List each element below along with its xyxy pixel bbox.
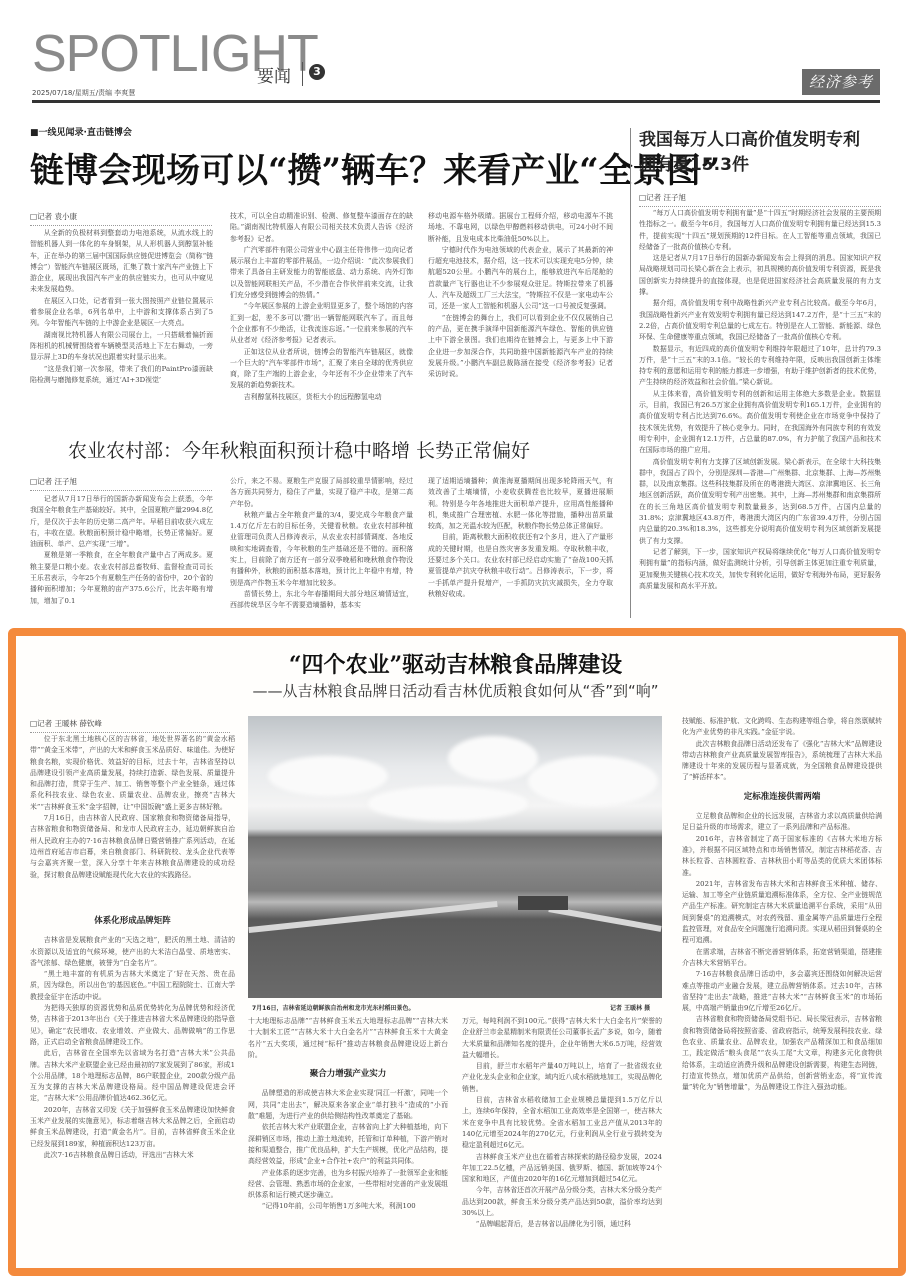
paragraph: 为把得天独厚的资源优势和品质优势转化为品牌优势和经济优势，吉林省于2013年出台… bbox=[30, 1003, 235, 1048]
paragraph: 今年，吉林省还首次开展产品分级分类，吉林大米分级分类产品达到200款，鲜食玉米分… bbox=[462, 1185, 662, 1219]
paragraph: “品牌崛起背后，是吉林省以品牌化为引领，通过科 bbox=[462, 1219, 662, 1230]
paragraph: 吉利醇氢科技展区，货柜大小的远程醇氢电动 bbox=[230, 392, 413, 403]
paragraph: 从全新的负极材料到整套动力电池系统，从流水线上的智能机器人到一体化的车身钢架，从… bbox=[30, 228, 213, 296]
article2-column-2: 公斤，来之不易。夏粮生产克服了局部较重旱情影响，经过各方面共同努力，稳住了产量，… bbox=[230, 476, 413, 620]
paragraph: 2020年，吉林省又印发《关于加强鲜食玉米品牌建设加快鲜食玉米产业发展的实施意见… bbox=[30, 1105, 235, 1150]
feature-title: “四个农业”驱动吉林粮食品牌建设 bbox=[0, 648, 911, 679]
paragraph: 这是记者从7月17日举行的国新办新闻发布会上得到的消息。国家知识产权局战略规划司… bbox=[639, 253, 881, 298]
section-label: 要闻 bbox=[257, 62, 291, 87]
paragraph: 秋粮产量占全年粮食产量的3/4，要完成今年粮食产量1.4万亿斤左右的目标任务，关… bbox=[230, 510, 413, 589]
paragraph: 记者了解到，下一步，国家知识产权局将继续优化“每万人口高价值发明专利拥有量”的指… bbox=[639, 547, 881, 592]
paragraph: 依托吉林大米产业联盟企业，吉林省向上扩大种植基地，向下深耕销区市场，推动上游土地… bbox=[248, 1122, 448, 1167]
article2-column-3: 现了适期适墒播种；黄淮海夏播期间出现多轮降雨天气，有效改善了土壤墒情，小麦收获腾… bbox=[428, 476, 613, 620]
subhead: 聚合力增强产业实力 bbox=[248, 1069, 448, 1080]
article1-column-3: 移动电源车格外吸睛。据展台工程师介绍，移动电源车不挑场地、不靠电网，以绿色甲醇燃… bbox=[428, 211, 613, 418]
feature-subtitle: ——从吉林粮食品牌日活动看吉林优质粮食如何从“香”到“响” bbox=[0, 680, 911, 701]
paragraph: 位于东北黑土地核心区的吉林省，地处世界著名的“黄金水稻带”“黄金玉米带”，产出的… bbox=[30, 734, 235, 813]
title-line: 拥有量15.3件 bbox=[639, 153, 860, 178]
paragraph: 技术，可以全自动精准识别、检测、修复整车漆面存在的缺陷。”湖南视比特机器人有限公… bbox=[230, 211, 413, 245]
paragraph: “这是我们第一次参展，带来了我们的PaintPro漆面缺陷检测与磨抛修复系统，通… bbox=[30, 364, 213, 387]
paragraph: 公斤，来之不易。夏粮生产克服了局部较重旱情影响，经过各方面共同努力，稳住了产量，… bbox=[230, 476, 413, 510]
feature-column-2: 十大地理标志品牌”“吉林鲜食玉米五大地理标志品牌”“吉林大米十大制米工匠”“吉林… bbox=[248, 1016, 448, 1266]
article1-column-1: 从全新的负极材料到整套动力电池系统，从流水线上的智能机器人到一体化的车身钢架，从… bbox=[30, 228, 213, 418]
paragraph: 十大地理标志品牌”“吉林鲜食玉米五大地理标志品牌”“吉林大米十大制米工匠”“吉林… bbox=[248, 1016, 448, 1061]
paragraph: 品牌塑造的形成使吉林大米企业实现‘同江一杆激’，同吨一个网，共同“走出去”，解决… bbox=[248, 1088, 448, 1122]
paragraph: 产业体系的逐步完善，也为乡村振兴培养了一批领军企业和能经营、会管理、熟悉市场的企… bbox=[248, 1168, 448, 1202]
feature-column-1b: 体系化形成品牌矩阵 吉林省是发展粮食产业的“天选之地”，肥沃的黑土地、清洁的水资… bbox=[30, 908, 235, 1266]
paragraph: 高价值发明专利有力支撑了区域创新发展。梁心新表示，在全球十大科技集群中，我国占了… bbox=[639, 457, 881, 547]
article1-column-2: 技术，可以全自动精准识别、检测、修复整车漆面存在的缺陷。”湖南视比特机器人有限公… bbox=[230, 211, 413, 418]
article1-title: 链博会现场可以“攒”辆车？来看产业“全景图” bbox=[30, 143, 720, 192]
paragraph: 7·16吉林粮食品牌日活动中，多会嘉宾还围绕如何解决运营难点等推动产业融合发展，… bbox=[682, 969, 882, 1014]
feature-column-3: 万元，每吨利润不到100元。”获得“吉林大米十大白金名片”荣誉的企业舒兰市金星精… bbox=[462, 1016, 662, 1266]
article1-kicker: ■一线见闻录·直击链博会 bbox=[30, 125, 132, 138]
paragraph: 此次吉林粮食品牌日活动还发布了《强化“吉林大米”品牌建设 带动吉林粮食产业高质量… bbox=[682, 739, 882, 784]
rice-field-photo bbox=[248, 716, 662, 998]
article1-byline: □记者 袁小康 bbox=[30, 211, 212, 226]
subhead: 定标准连接供需两端 bbox=[682, 792, 882, 803]
paragraph: 宁德时代作为电池领域的代表企业，展示了其最新的神行超充电池技术，据介绍，这一技术… bbox=[428, 245, 613, 313]
paragraph: 记者从7月17日举行的国新办新闻发布会上获悉，今年我国全年粮食生产基础较好。其中… bbox=[30, 494, 213, 550]
paragraph: 2021年，吉林省发布吉林大米和吉林鲜食玉米种植、储存、运输、加工等全产业链质量… bbox=[682, 879, 882, 947]
paragraph: 此次7·16吉林粮食品牌日活动，评选出“吉林大米 bbox=[30, 1150, 235, 1161]
column-divider bbox=[630, 128, 631, 618]
paragraph: 吉林省粮食和物资储备局党组书记、局长梁冠表示，吉林省粮食和物资储备局将按照省委、… bbox=[682, 1014, 882, 1093]
paragraph: 技赋能、标准护航、文化跨鸣、生态构建等组合拳，将自然禀赋转化为产业优势的非凡实践… bbox=[682, 716, 882, 739]
paragraph: 移动电源车格外吸睛。据展台工程师介绍，移动电源车不挑场地、不靠电网，以绿色甲醇燃… bbox=[428, 211, 613, 245]
paragraph: 在展区入口处，记者看到一张大图按照产业链位置展示着参展企业名单，6列名单中，上中… bbox=[30, 296, 213, 330]
paragraph: 目前，吉林省水稻收储加工企业规模总量提到1.5万亿斤以上，连续6年保持，全省水稻… bbox=[462, 1095, 662, 1151]
paragraph: “每万人口高价值发明专利拥有量”是“十四五”时期经济社会发展的主要预期性指标之一… bbox=[639, 208, 881, 253]
paragraph: “记得10年前，公司年销售1万多吨大米，利润100 bbox=[248, 1201, 448, 1212]
paragraph: 现了适期适墒播种；黄淮海夏播期间出现多轮降雨天气，有效改善了土壤墒情，小麦收获腾… bbox=[428, 476, 613, 532]
article3-title: 我国每万人口高价值发明专利 拥有量15.3件 bbox=[639, 128, 860, 178]
paragraph: 夏粮是第一季粮食，在全年粮食产量中占了两成多。夏粮主要是口粮小麦。农业农村部总畜… bbox=[30, 550, 213, 606]
feature-column-1: 位于东北黑土地核心区的吉林省，地处世界著名的“黄金水稻带”“黄金玉米带”，产出的… bbox=[30, 734, 235, 904]
dateline: 2025/07/18/星期五/责编 李爽慧 bbox=[32, 88, 135, 98]
photo-credit: 记者 王暖林 摄 bbox=[610, 1003, 650, 1012]
paragraph: 目前，距离秋粮大面积收获还有2个多月，进入了产量形成的关键时期，也是自然灾害多发… bbox=[428, 532, 613, 600]
newspaper-logo: 经济参考报 bbox=[802, 69, 880, 95]
feature-byline: □记者 王暖林 薛钦峰 bbox=[30, 718, 230, 733]
paragraph: “今年展区参展的上游企业明显更多了，整个场馆的内容汇到一起，差不多可以‘攒’出一… bbox=[230, 301, 413, 346]
paragraph: 从主体来看，高价值发明专利的创新和运用主体绝大多数是企业。数据显示，目前，我国已… bbox=[639, 389, 881, 457]
paragraph: “黑土地丰富的有机质为吉林大米奠定了‘好在天然、贵在品质，因为绿色，所以出色’的… bbox=[30, 969, 235, 1003]
article2-column-1: 记者从7月17日举行的国新办新闻发布会上获悉，今年我国全年粮食生产基础较好。其中… bbox=[30, 494, 213, 620]
subhead: 体系化形成品牌矩阵 bbox=[30, 916, 235, 927]
feature-column-4: 技赋能、标准护航、文化跨鸣、生态构建等组合拳，将自然禀赋转化为产业优势的非凡实践… bbox=[682, 716, 882, 1266]
header-divider bbox=[302, 62, 303, 86]
article2-byline: □记者 汪子旭 bbox=[30, 476, 212, 491]
paragraph: 吉林鲜食玉米产业也在循着吉林探索的路径稳步发展，2024年加工22.5亿穗，产品… bbox=[462, 1152, 662, 1186]
header-rule bbox=[32, 100, 880, 103]
article2-title: 农业农村部：今年秋粮面积预计稳中略增 长势正常偏好 bbox=[68, 436, 530, 463]
article3-byline: □记者 汪子旭 bbox=[639, 192, 881, 207]
paragraph: 立足粮食品牌和企业的长远发展，吉林省力求以高质量供给满足日益升级的市场需求，建立… bbox=[682, 811, 882, 834]
paragraph: 7月16日，由吉林省人民政府、国家粮食和物资储备局指导，吉林省粮食和物资储备局、… bbox=[30, 813, 235, 881]
paragraph: 2016年，吉林省制定了高于国家标准的《吉林大米地方标准》，并根据不同区域特点和… bbox=[682, 834, 882, 879]
paragraph: 湖南视比特机器人有限公司展台上，一只搭载着偏折面阵相机的机械臂围绕着车辆模型灵活… bbox=[30, 330, 213, 364]
paragraph: 万元，每吨利润不到100元。”获得“吉林大米十大白金名片”荣誉的企业舒兰市金星精… bbox=[462, 1016, 662, 1061]
paragraph: “在链博会的舞台上，我们可以看到企业不仅仅展销自己的产品，更在携手演绎中国新能源… bbox=[428, 313, 613, 381]
paragraph: 苗情长势上，东北今年春播期间大部分地区墒情适宜，西部传统旱区今年不需要造墒播种，… bbox=[230, 589, 413, 612]
paragraph: 数据显示，有近四成的高价值发明专利维持年限超过了10年，总计约79.3万件，是“… bbox=[639, 344, 881, 389]
paragraph: 在需求端，吉林省不断完善营销体系，拓宽营销渠道，搭建推介吉林大米营销平台。 bbox=[682, 947, 882, 970]
article3-body: “每万人口高价值发明专利拥有量”是“十四五”时期经济社会发展的主要预期性指标之一… bbox=[639, 208, 881, 618]
paragraph: 吉林省是发展粮食产业的“天选之地”，肥沃的黑土地、清洁的水资源以及适宜的气候环境… bbox=[30, 935, 235, 969]
paragraph: 据介绍，高价值发明专利中战略性新兴产业专利占比较高。截至今年6月，我国战略性新兴… bbox=[639, 298, 881, 343]
page-number-badge: 3 bbox=[309, 64, 325, 80]
title-line: 我国每万人口高价值发明专利 bbox=[639, 128, 860, 153]
paragraph: 此后，吉林省在全国率先以省域为名打造“吉林大米”公共品牌。吉林大米产业联盟企业已… bbox=[30, 1048, 235, 1104]
paragraph: 广汽零部件有限公司营业中心副主任符伟伟一边向记者展示展台上丰富的零部件展品，一边… bbox=[230, 245, 413, 301]
paragraph: 目前，舒兰市水稻年产量40万吨以上，培育了一批省级农业产业化龙头企业和企业家，域… bbox=[462, 1061, 662, 1095]
paragraph: 正如这位从业者所说，链博会的智能汽车链展区，就像一个巨大的“汽车零部件市场”，汇… bbox=[230, 347, 413, 392]
photo-caption: 7月16日，吉林省延边朝鲜族自治州和龙市光东村稻田景色。 bbox=[252, 1003, 415, 1012]
